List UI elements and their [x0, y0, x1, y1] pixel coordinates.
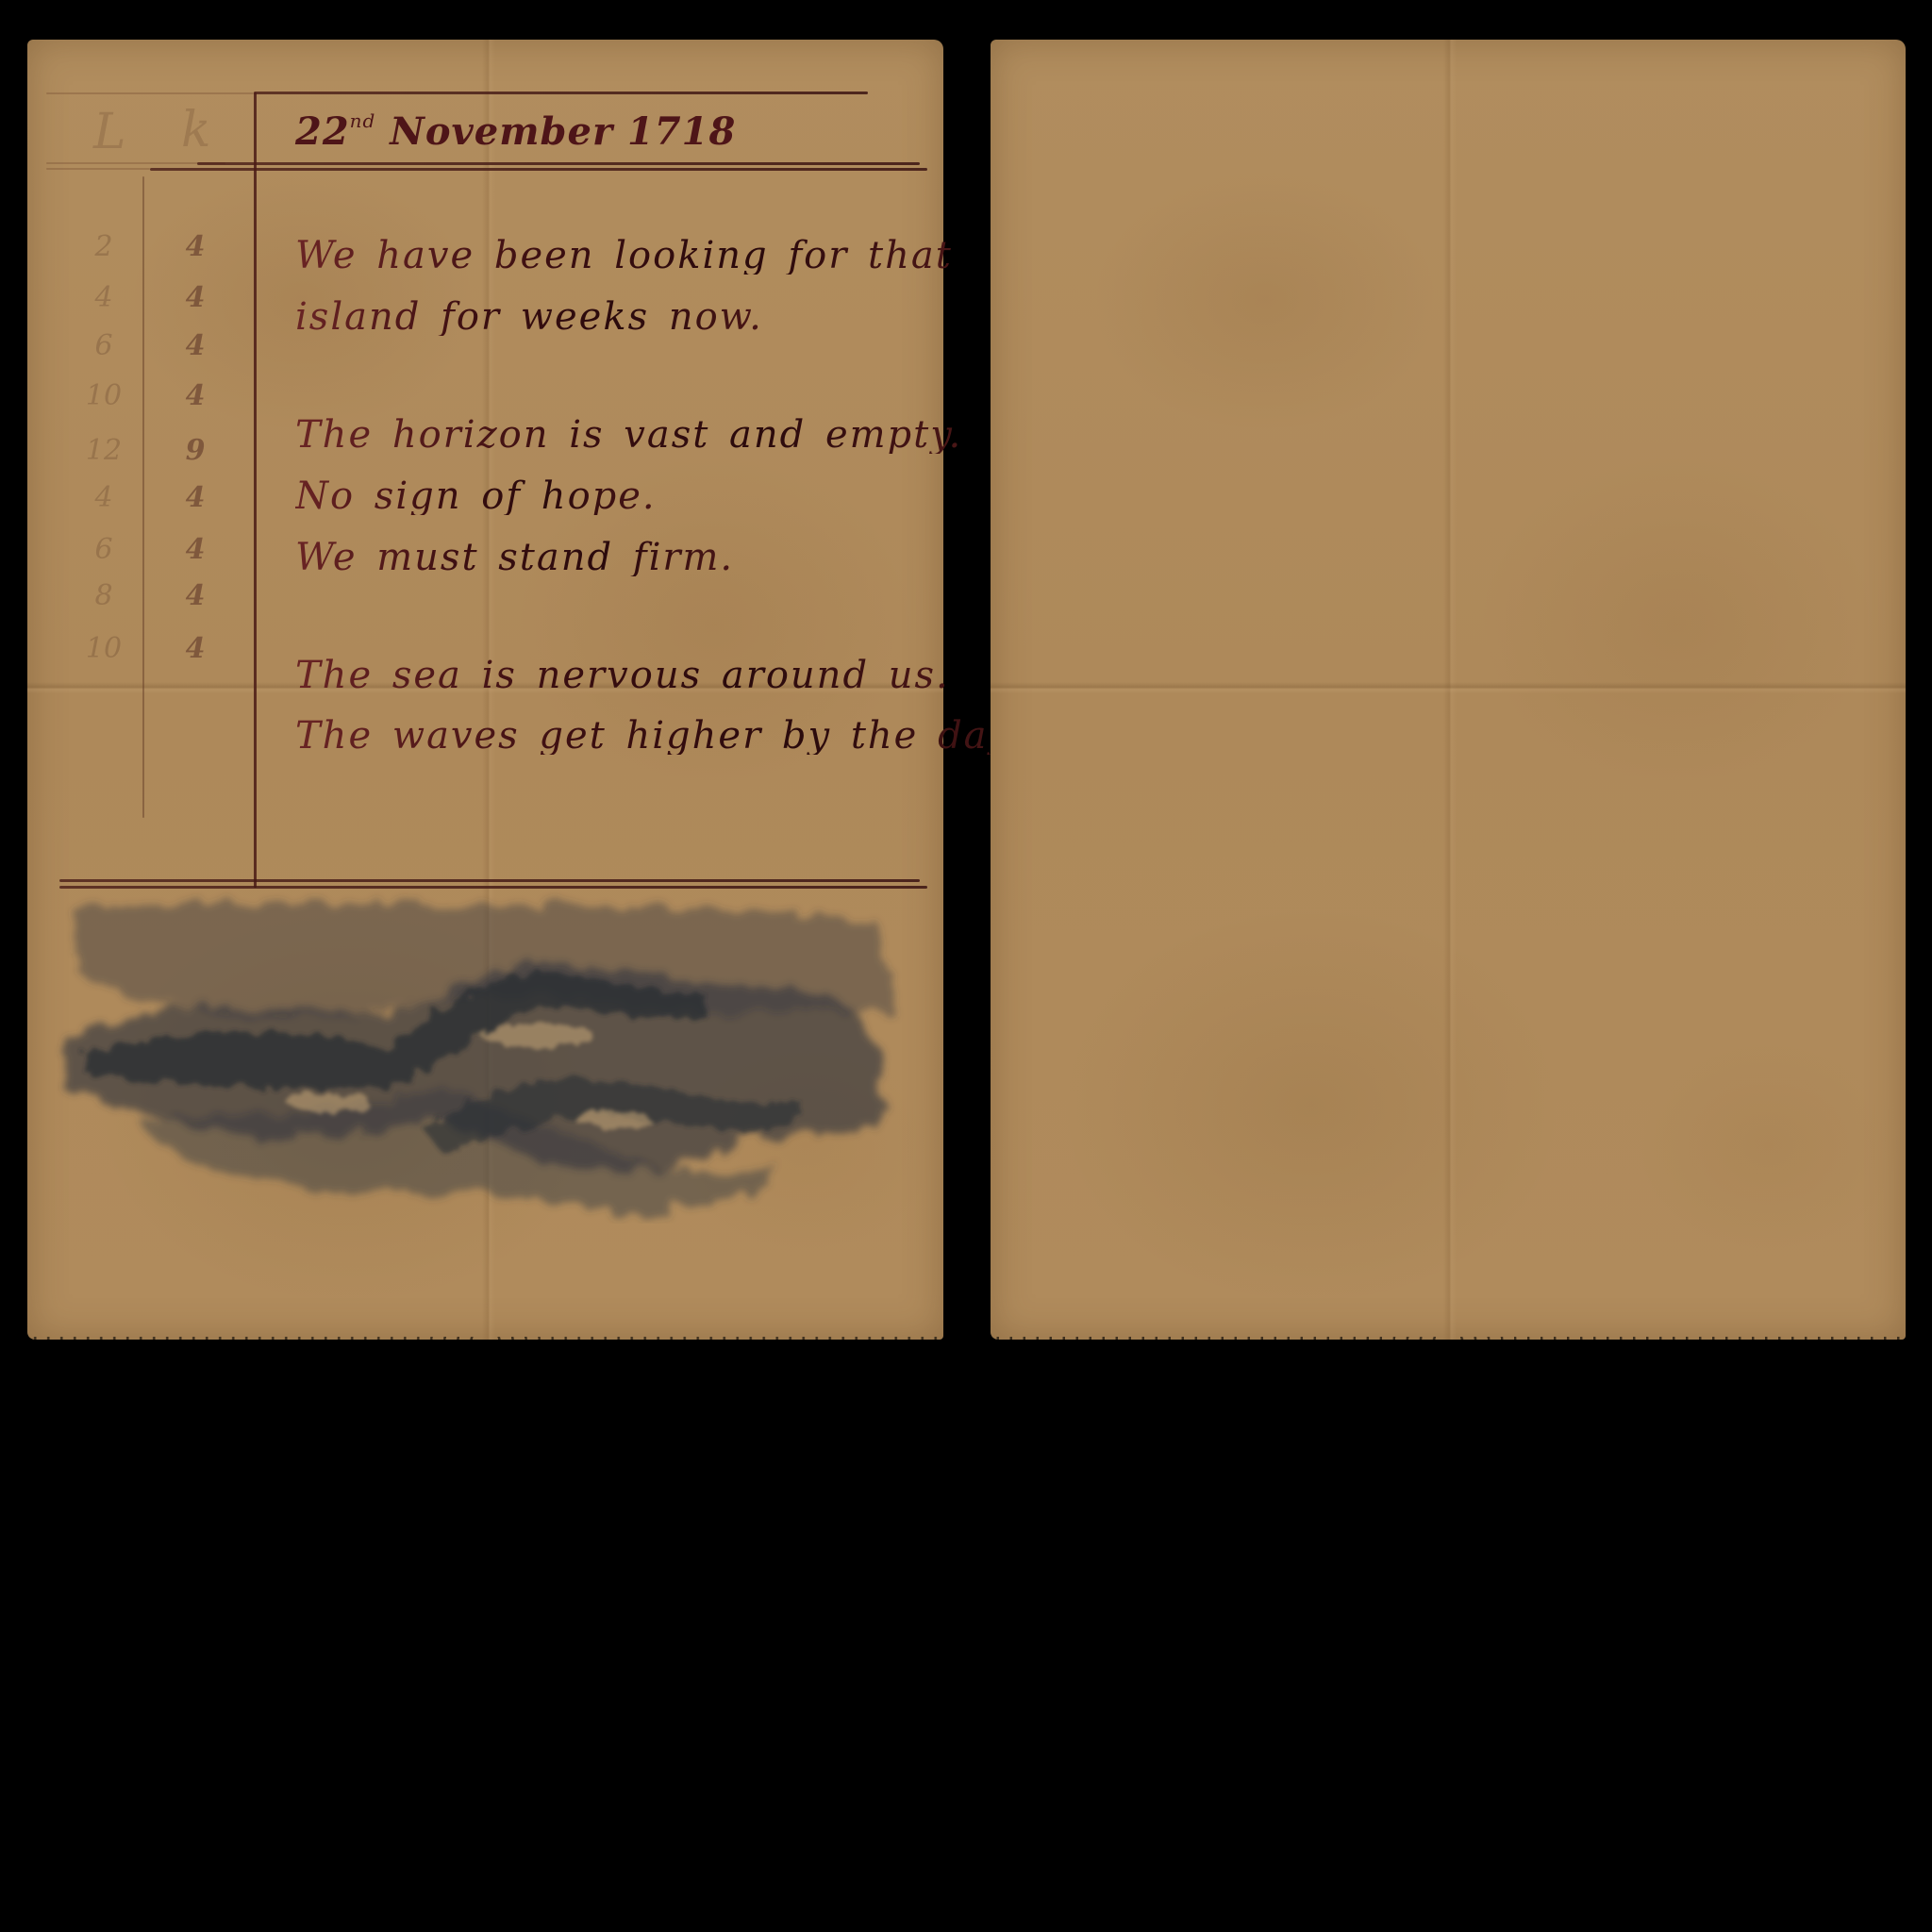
ledger-bottom-rule-upper: [59, 879, 920, 882]
header-margin-letter: k: [181, 106, 211, 155]
journal-line: We must stand firm.: [295, 539, 734, 576]
margin-number: 10: [86, 382, 122, 410]
margin-number: 4: [186, 284, 206, 312]
journal-page-left: L k 22nd November 1718 2 4 6 10 12 4 6 8…: [27, 40, 943, 1340]
ledger-rule-faint-2: [46, 168, 150, 170]
margin-number: 6: [94, 332, 112, 360]
margin-number: 4: [186, 484, 206, 512]
journal-line: We have been looking for that: [295, 237, 953, 275]
margin-number: 10: [86, 635, 122, 663]
ledger-main-divider: [254, 92, 257, 888]
ledger-rule-top-faint: [46, 92, 254, 94]
margin-number: 8: [94, 582, 112, 610]
date-month-year: November 1718: [390, 109, 736, 154]
journal-line: No sign of hope.: [295, 477, 657, 515]
margin-number: 4: [94, 284, 112, 312]
journal-line: The horizon is vast and empty.: [295, 416, 962, 454]
margin-number: 4: [186, 332, 206, 360]
ledger-double-rule-lower: [150, 168, 927, 171]
margin-number: 6: [94, 536, 112, 564]
date-ordinal: nd: [350, 109, 376, 132]
header-margin-letter: L: [93, 108, 126, 157]
margin-number: 4: [186, 536, 206, 564]
deckled-edge: [991, 1337, 1906, 1342]
margin-number: 4: [94, 484, 112, 512]
journal-line: island for weeks now.: [295, 298, 763, 336]
margin-number: 9: [186, 437, 206, 465]
margin-number: 4: [186, 582, 206, 610]
ledger-double-rule-upper: [197, 162, 920, 165]
fold-crease-horizontal: [991, 682, 1906, 693]
journal-page-right: [991, 40, 1906, 1340]
date-day: 22: [295, 109, 350, 154]
margin-number: 4: [186, 635, 206, 663]
margin-number: 12: [86, 437, 122, 465]
journal-line: The sea is nervous around us.: [295, 657, 950, 694]
margin-number: 2: [94, 233, 112, 261]
ledger-column-divider: [142, 176, 144, 818]
margin-number: 4: [186, 233, 206, 261]
margin-number: 4: [186, 382, 206, 410]
deckled-edge: [27, 1337, 943, 1342]
journal-date: 22nd November 1718: [295, 111, 736, 151]
stormy-sea-illustration: [46, 884, 914, 1224]
journal-line: The waves get higher by the day.: [295, 717, 1021, 755]
ledger-rule-top: [254, 92, 868, 94]
